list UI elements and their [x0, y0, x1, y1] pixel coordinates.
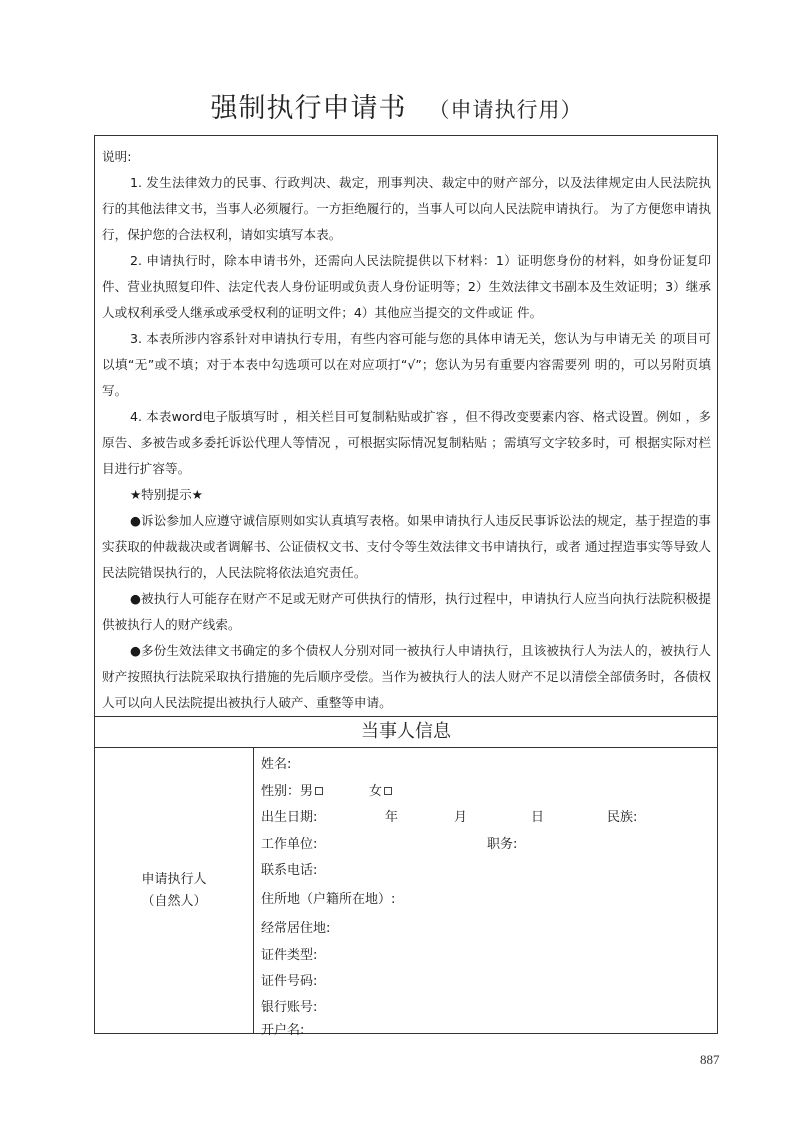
instruction-item: 4. 本表word电子版填写时 ，相关栏目可复制粘贴或扩容 ，但不得改变要素内容…: [102, 404, 711, 482]
applicant-label-line1: 申请执行人: [141, 869, 206, 891]
applicant-row: 申请执行人 （自然人） 姓名: 性别：男 女 出生日期: 年 月 日 民族: 工…: [95, 747, 717, 1033]
position-label: 职务:: [487, 832, 517, 859]
page-number: 887: [700, 1052, 720, 1068]
birth-date-label: 出生日期:: [261, 810, 317, 825]
instructions-heading: 说明:: [102, 144, 711, 170]
id-number-field[interactable]: 证件号码:: [261, 969, 717, 996]
applicant-fields: 姓名: 性别：男 女 出生日期: 年 月 日 民族: 工作单位: 职务: 联系电…: [254, 748, 717, 1033]
id-type-label: 证件类型:: [261, 948, 317, 963]
name-label: 姓名:: [261, 757, 291, 772]
instructions-section: 说明: 1. 发生法律效力的民事、行政判决、裁定，刑事判决、裁定中的财产部分，以…: [95, 136, 717, 716]
bank-account-label: 银行账号:: [261, 1000, 317, 1015]
phone-field[interactable]: 联系电话:: [261, 858, 717, 885]
account-name-field[interactable]: 开户名:: [261, 1020, 717, 1042]
applicant-label: 申请执行人 （自然人）: [95, 748, 254, 1033]
employer-field[interactable]: 工作单位: 职务:: [261, 832, 717, 859]
special-notice-item: ●多份生效法律文书确定的多个债权人分别对同一被执行人申请执行，且该被执行人为法人…: [102, 638, 711, 716]
residence-label: 经常居住地:: [261, 921, 330, 936]
gender-field: 性别：男 女: [261, 779, 717, 806]
month-label: 月: [454, 805, 467, 832]
id-type-field[interactable]: 证件类型:: [261, 943, 717, 970]
special-notice-item: ●被执行人可能存在财产不足或无财产可供执行的情形，执行过程中，申请执行人应当向执…: [102, 586, 711, 638]
special-notice-item: ●诉讼参加人应遵守诚信原则如实认真填写表格。如果申请执行人违反民事诉讼法的规定，…: [102, 508, 711, 586]
instruction-item: 3. 本表所涉内容系针对申请执行专用，有些内容可能与您的具体申请无关，您认为与申…: [102, 326, 711, 404]
document-title: 强制执行申请书（申请执行用）: [0, 86, 793, 125]
title-main: 强制执行申请书: [211, 93, 407, 124]
title-subtitle: （申请执行用）: [429, 98, 583, 122]
instruction-item: 2. 申请执行时，除本申请书外，还需向人民法院提供以下材料：1）证明您身份的材料…: [102, 248, 711, 326]
party-info-heading: 当事人信息: [95, 716, 717, 747]
male-checkbox[interactable]: [315, 787, 323, 795]
bank-account-field[interactable]: 银行账号:: [261, 996, 717, 1020]
name-field[interactable]: 姓名:: [261, 752, 717, 779]
birth-date-field[interactable]: 出生日期: 年 月 日 民族:: [261, 805, 717, 832]
day-label: 日: [531, 805, 544, 832]
female-label: 女: [369, 784, 382, 799]
id-number-label: 证件号码:: [261, 974, 317, 989]
domicile-field[interactable]: 住所地（户籍所在地）:: [261, 885, 717, 915]
year-label: 年: [385, 805, 398, 832]
female-checkbox[interactable]: [384, 787, 392, 795]
domicile-label: 住所地（户籍所在地）:: [261, 892, 395, 907]
instruction-item: 1. 发生法律效力的民事、行政判决、裁定，刑事判决、裁定中的财产部分，以及法律规…: [102, 170, 711, 248]
phone-label: 联系电话:: [261, 863, 317, 878]
gender-label: 性别：: [261, 784, 300, 799]
male-label: 男: [300, 784, 313, 799]
ethnicity-label: 民族:: [607, 805, 637, 832]
special-notice-heading: ★特别提示★: [102, 482, 711, 508]
application-form-table: 说明: 1. 发生法律效力的民事、行政判决、裁定，刑事判决、裁定中的财产部分，以…: [94, 135, 718, 1034]
applicant-label-line2: （自然人）: [141, 891, 206, 913]
residence-field[interactable]: 经常居住地:: [261, 915, 717, 943]
employer-label: 工作单位:: [261, 837, 317, 852]
account-name-label: 开户名:: [261, 1023, 304, 1038]
